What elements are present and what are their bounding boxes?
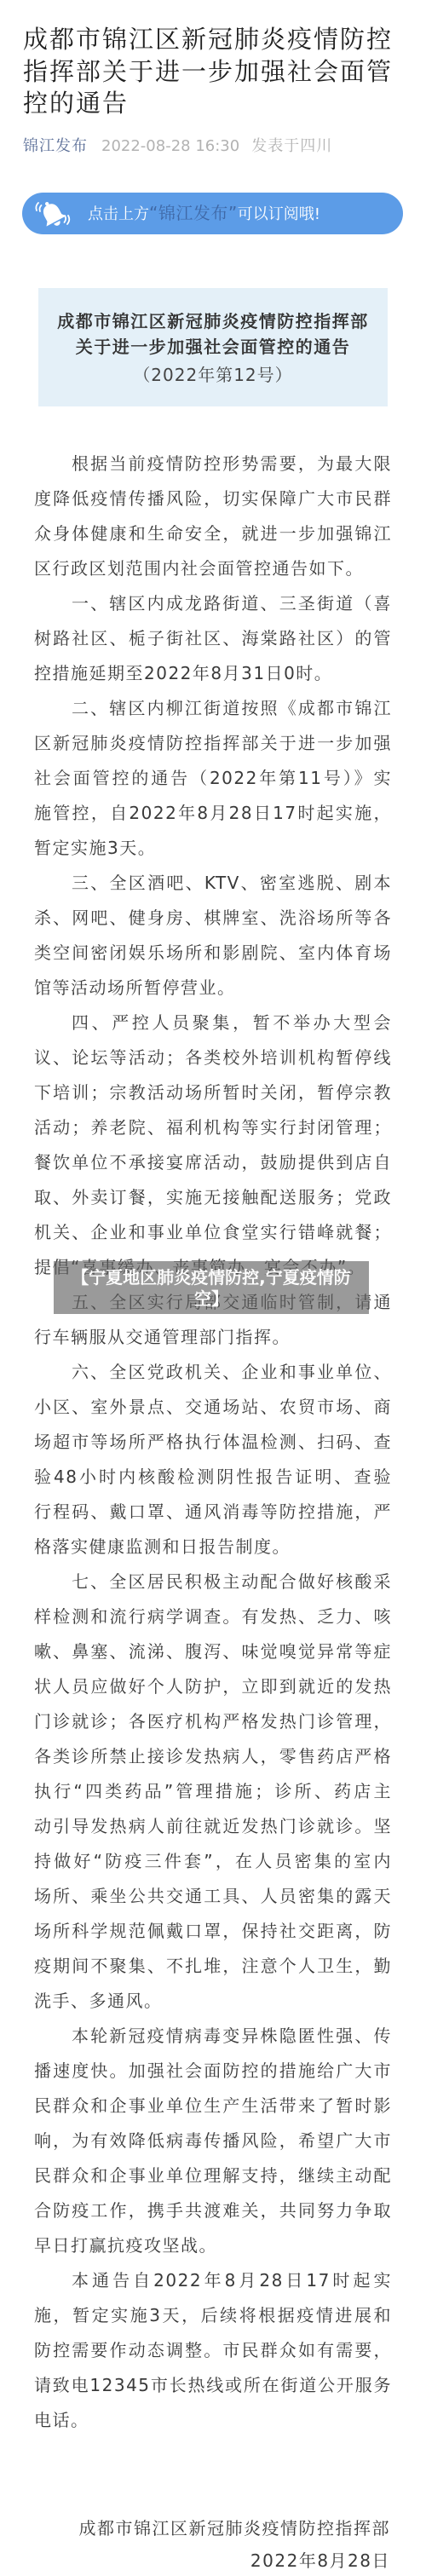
body-paragraph: 一、辖区内成龙路街道、三圣街道（喜 树路社区、栀子街社区、海棠路社区）的管 控措… <box>34 586 392 691</box>
body-line: 本轮新冠疫情病毒变异株隐匿性强、传 <box>34 2019 392 2054</box>
author-link[interactable]: 锦江发布 <box>23 137 88 155</box>
body-line: 动引导发热病人前往就近发热门诊就诊。坚 <box>34 1809 392 1844</box>
banner-text-after: 可以订阅哦! <box>238 205 320 223</box>
body-line: 状人员应做好个人防护，立即到就近的发热 <box>34 1669 392 1704</box>
body-line: 众身体健康和生命安全，就进一步加强锦江 <box>34 516 392 551</box>
caption-overlay: 【宁夏地区肺炎疫情防控,宁夏疫情防 空】 <box>54 1261 369 1314</box>
body-line: 洗手、多通风。 <box>34 1984 392 2019</box>
body-line: 行程码、戴口罩、通风消毒等防控措施，严 <box>34 1495 392 1530</box>
body-line: 下培训；宗教活动场所暂时关闭，暂停宗教 <box>34 1075 392 1110</box>
body-line: 二、辖区内柳江街道按照《成都市锦江 <box>34 691 392 726</box>
body-line: 响，为有效降低病毒传播风险，希望广大市 <box>34 2124 392 2158</box>
body-line: 电话。 <box>34 2403 392 2438</box>
body-line: 施管控，自2022年8月28日17时起实施， <box>34 796 392 831</box>
body-line: 树路社区、栀子街社区、海棠路社区）的管 <box>34 621 392 656</box>
caption-line: 空】 <box>54 1288 369 1310</box>
body-line: 场所、乘坐公共交通工具、人员密集的露天 <box>34 1879 392 1914</box>
signature-date: 2022年8月28日 <box>79 2544 391 2576</box>
publish-time: 2022-08-28 16:30 <box>101 137 239 155</box>
body-line: 一、辖区内成龙路街道、三圣街道（喜 <box>34 586 392 621</box>
banner-account-name: “锦江发布” <box>149 203 238 223</box>
body-line: 本通告自2022年8月28日17时起实 <box>34 2263 392 2298</box>
body-paragraph: 本通告自2022年8月28日17时起实 施，暂定实施3天，后续将根据疫情进展和 … <box>34 2263 392 2438</box>
body-paragraph: 七、全区居民积极主动配合做好核酸采 样检测和流行病学调查。有发热、乏力、咳 嗽、… <box>34 1565 392 2019</box>
article-meta: 锦江发布2022-08-28 16:30发表于四川 <box>23 136 332 157</box>
publish-location: 发表于四川 <box>251 137 332 155</box>
body-line: 暂定实施3天。 <box>34 831 392 866</box>
body-line: 执行“四类药品”管理措施；诊所、药店主 <box>34 1774 392 1809</box>
notice-heading-line: 关于进一步加强社会面管控的通告 <box>38 334 388 360</box>
body-line: 七、全区居民积极主动配合做好核酸采 <box>34 1565 392 1599</box>
body-line: 请致电12345市长热线或所在街道公开服务 <box>34 2368 392 2403</box>
body-line: 社会面管控的通告（2022年第11号）》实 <box>34 761 392 796</box>
notice-number: （2022年第12号） <box>38 362 388 388</box>
body-line: 度降低疫情传播风险，切实保障广大市民群 <box>34 481 392 516</box>
body-paragraph: 二、辖区内柳江街道按照《成都市锦江 区新冠肺炎疫情防控指挥部关于进一步加强 社会… <box>34 691 392 866</box>
body-line: 三、全区酒吧、KTV、密室逃脱、剧本 <box>34 866 392 901</box>
body-line: 小区、室外景点、交通场站、农贸市场、商 <box>34 1390 392 1425</box>
body-line: 区新冠肺炎疫情防控指挥部关于进一步加强 <box>34 726 392 761</box>
caption-line: 【宁夏地区肺炎疫情防控,宁夏疫情防 <box>54 1267 369 1288</box>
banner-text: 点击上方“锦江发布”可以订阅哦! <box>88 193 320 234</box>
notice-header-box: 成都市锦江区新冠肺炎疫情防控指挥部 关于进一步加强社会面管控的通告 （2022年… <box>38 288 388 406</box>
body-line: 防控需要作动态调整。市民群众如有需要， <box>34 2333 392 2368</box>
body-line: 各类诊所禁止接诊发热病人，零售药店严格 <box>34 1739 392 1774</box>
body-line: 四、严控人员聚集，暂不举办大型会 <box>34 1006 392 1040</box>
bell-icon <box>31 197 75 231</box>
body-line: 机关、企业和事业单位食堂实行错峰就餐； <box>34 1215 392 1250</box>
subscribe-banner: 点击上方“锦江发布”可以订阅哦! <box>22 193 403 234</box>
body-line: 施，暂定实施3天，后续将根据疫情进展和 <box>34 2298 392 2333</box>
body-line: 格落实健康监测和日报告制度。 <box>34 1530 392 1565</box>
body-line: 场所科学规范佩戴口罩，保持社交距离，防 <box>34 1914 392 1949</box>
body-line: 杀、网吧、健身房、棋牌室、洗浴场所等各 <box>34 901 392 936</box>
body-line: 早日打赢抗疫攻坚战。 <box>34 2228 392 2263</box>
body-line: 合防疫工作，携手共渡难关，共同努力争取 <box>34 2193 392 2228</box>
signature-organization: 成都市锦江区新冠肺炎疫情防控指挥部 <box>79 2512 391 2544</box>
notice-heading-line: 成都市锦江区新冠肺炎疫情防控指挥部 <box>38 308 388 334</box>
body-paragraph: 六、全区党政机关、企业和事业单位、 小区、室外景点、交通场站、农贸市场、商 场超… <box>34 1355 392 1565</box>
body-line: 持做好“防疫三件套”，在人员密集的室内 <box>34 1844 392 1879</box>
body-line: 区行政区划范围内社会面管控通告如下。 <box>34 551 392 586</box>
body-line: 取、外卖订餐，实施无接触配送服务；党政 <box>34 1180 392 1215</box>
body-line: 餐饮单位不承接宴席活动，鼓励提供到店自 <box>34 1145 392 1180</box>
body-paragraph: 三、全区酒吧、KTV、密室逃脱、剧本 杀、网吧、健身房、棋牌室、洗浴场所等各 类… <box>34 866 392 1006</box>
body-line: 控措施延期至2022年8月31日0时。 <box>34 656 392 691</box>
body-line: 验48小时内核酸检测阴性报告证明、查验 <box>34 1460 392 1495</box>
body-line: 民群众和企事业单位理解支持，继续主动配 <box>34 2158 392 2193</box>
banner-text-before: 点击上方 <box>88 205 149 223</box>
article-title: 成都市锦江区新冠肺炎疫情防控指挥部关于进一步加强社会面管控的通告 <box>23 24 400 120</box>
article-body: 根据当前疫情防控形势需要，为最大限 度降低疫情传播风险，切实保障广大市民群 众身… <box>34 447 392 2438</box>
body-paragraph: 本轮新冠疫情病毒变异株隐匿性强、传 播速度快。加强社会面防控的措施给广大市 民群… <box>34 2019 392 2263</box>
body-line: 议、论坛等活动；各类校外培训机构暂停线 <box>34 1040 392 1075</box>
body-line: 六、全区党政机关、企业和事业单位、 <box>34 1355 392 1390</box>
body-line: 活动；养老院、福利机构等实行封闭管理； <box>34 1110 392 1145</box>
body-line: 馆等活动场所暂停营业。 <box>34 971 392 1006</box>
body-line: 播速度快。加强社会面防控的措施给广大市 <box>34 2054 392 2089</box>
signature-block: 成都市锦江区新冠肺炎疫情防控指挥部 2022年8月28日 <box>79 2512 391 2576</box>
body-paragraph: 根据当前疫情防控形势需要，为最大限 度降低疫情传播风险，切实保障广大市民群 众身… <box>34 447 392 586</box>
body-line: 场超市等场所严格执行体温检测、扫码、查 <box>34 1425 392 1460</box>
body-line: 样检测和流行病学调查。有发热、乏力、咳 <box>34 1599 392 1634</box>
body-line: 民群众和企事业单位生产生活带来了暂时影 <box>34 2089 392 2124</box>
body-line: 行车辆服从交通管理部门指挥。 <box>34 1320 392 1355</box>
body-line: 根据当前疫情防控形势需要，为最大限 <box>34 447 392 481</box>
body-line: 嗽、鼻塞、流涕、腹泻、味觉嗅觉异常等症 <box>34 1634 392 1669</box>
body-line: 类空间密闭娱乐场所和影剧院、室内体育场 <box>34 936 392 971</box>
body-line: 门诊就诊；各医疗机构严格发热门诊管理， <box>34 1704 392 1739</box>
body-paragraph: 四、严控人员聚集，暂不举办大型会 议、论坛等活动；各类校外培训机构暂停线 下培训… <box>34 1006 392 1285</box>
body-line: 疫期间不聚集、不扎堆，注意个人卫生，勤 <box>34 1949 392 1984</box>
